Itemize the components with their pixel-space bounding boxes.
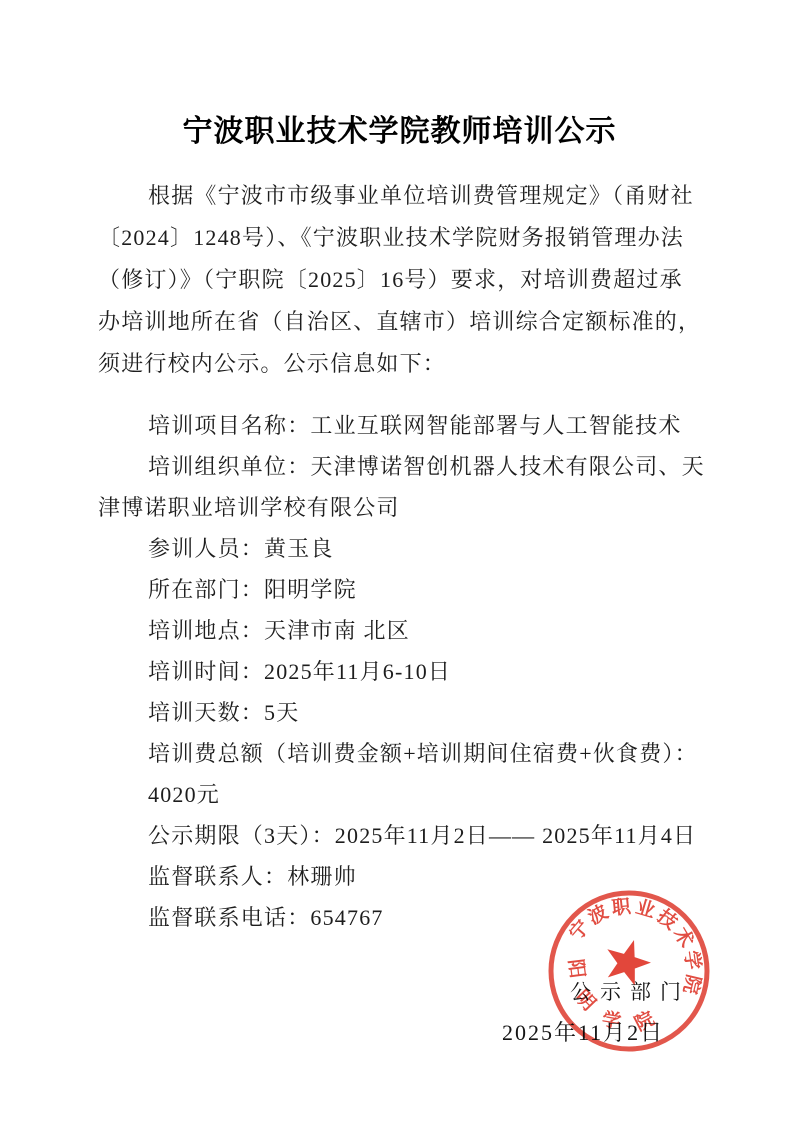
intro-line: （修订）》（宁职院〔2025〕16号）要求，对培训费超过承 [98,259,701,301]
seal-star-icon [600,933,656,988]
detail-line-participant: 参训人员：黄玉良 [98,528,701,569]
document-page: 宁波职业技术学院教师培训公示 根据《宁波市市级事业单位培训费管理规定》（甬财社 … [0,0,799,1131]
intro-paragraph: 根据《宁波市市级事业单位培训费管理规定》（甬财社 〔2024〕1248号）、《宁… [98,175,701,385]
intro-line: 〔2024〕1248号）、《宁波职业技术学院财务报销管理办法 [98,217,701,259]
detail-line-days: 培训天数：5天 [98,692,701,733]
official-seal-stamp: 宁波职业技术学院 阳明学院 [540,885,720,1060]
detail-line-cost-label: 培训费总额（培训费金额+培训期间住宿费+伙食费）： [98,733,701,774]
intro-line: 根据《宁波市市级事业单位培训费管理规定》（甬财社 [98,175,701,217]
training-details: 培训项目名称：工业互联网智能部署与人工智能技术 培训组织单位：天津博诺智创机器人… [98,405,701,938]
intro-line: 办培训地所在省（自治区、直辖市）培训综合定额标准的， [98,301,701,343]
detail-line-cost-amount: 4020元 [98,774,701,815]
detail-line-location: 培训地点：天津市南 北区 [98,610,701,651]
detail-line-project-name: 培训项目名称：工业互联网智能部署与人工智能技术 [98,405,701,446]
detail-line-organizer-cont: 津博诺职业培训学校有限公司 [98,487,701,528]
detail-line-time: 培训时间：2025年11月6-10日 [98,651,701,692]
page-title: 宁波职业技术学院教师培训公示 [0,112,799,152]
detail-line-organizer: 培训组织单位：天津博诺智创机器人技术有限公司、天 [98,446,701,487]
detail-line-publicity-period: 公示期限（3天）：2025年11月2日—— 2025年11月4日 [98,815,701,856]
intro-line: 须进行校内公示。公示信息如下： [98,343,701,385]
detail-line-department: 所在部门：阳明学院 [98,569,701,610]
